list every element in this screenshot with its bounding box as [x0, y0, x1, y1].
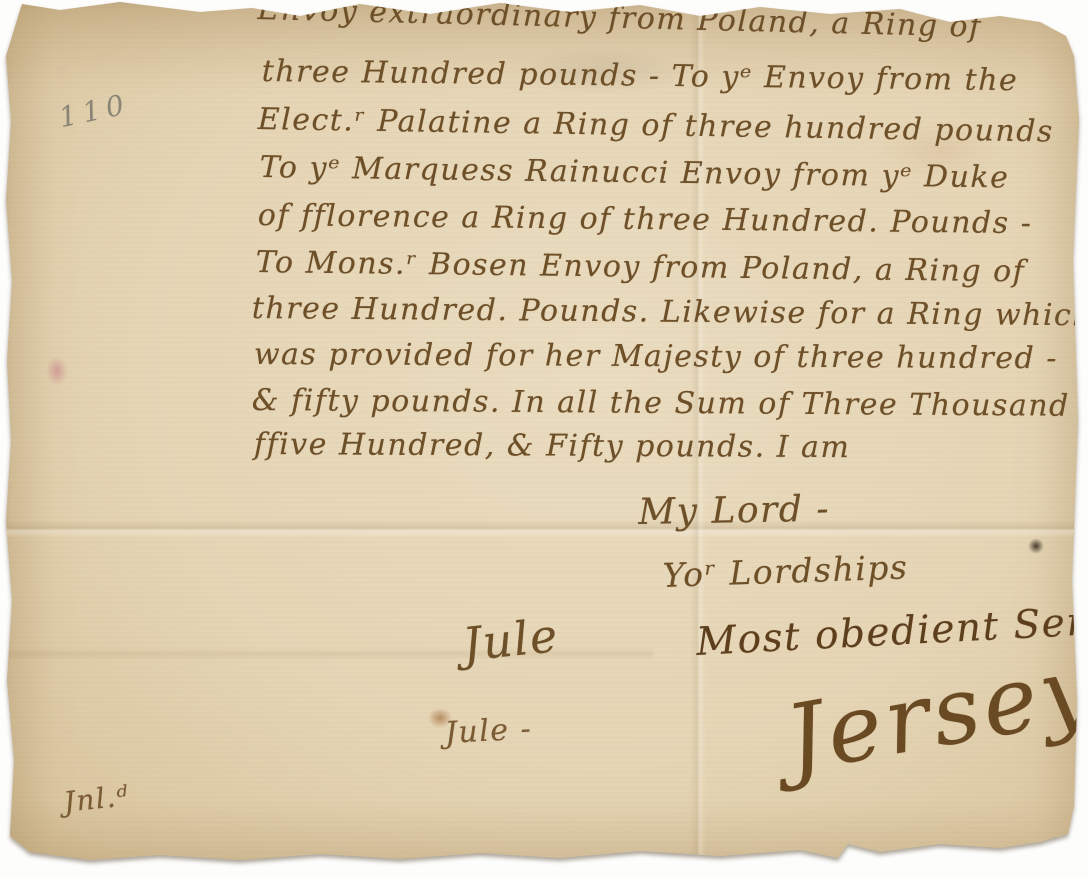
docket-mark-small: Jule -: [444, 711, 533, 751]
scan-canvas: 110 Envoy extraordinary from Poland, a R…: [0, 0, 1088, 878]
body-line: of fflorence a Ring of three Hundred. Po…: [258, 198, 1033, 241]
body-line: three Hundred pounds - To yᵉ Envoy from …: [262, 54, 1019, 98]
ink-blot: [1028, 538, 1044, 554]
body-line: To Mons.ʳ Bosen Envoy from Poland, a Rin…: [256, 245, 1026, 289]
body-line: three Hundred. Pounds. Likewise for a Ri…: [252, 291, 1088, 333]
body-line: ffive Hundred, & Fifty pounds. I am: [254, 427, 851, 465]
pink-stain: [46, 356, 68, 386]
docket-mark-bottom-left: Jnl.ᵈ: [62, 779, 131, 819]
closing-salutation: My Lord -: [638, 489, 830, 533]
docket-mark-large: Jule: [460, 608, 561, 672]
manuscript-page: 110 Envoy extraordinary from Poland, a R…: [0, 0, 1088, 878]
fold-crease-horizontal: [0, 520, 1088, 538]
body-line: was provided for her Majesty of three hu…: [254, 337, 1058, 376]
body-line: Envoy extraordinary from Poland, a Ring …: [257, 0, 982, 45]
closing-address: Yoʳ Lordships: [662, 547, 909, 595]
paper-shadow-wrap: 110 Envoy extraordinary from Poland, a R…: [0, 0, 1088, 878]
body-line: Elect.ʳ Palatine a Ring of three hundred…: [257, 102, 1054, 150]
body-line: To yᵉ Marquess Rainucci Envoy from yᵉ Du…: [260, 150, 1010, 195]
body-line: & fifty pounds. In all the Sum of Three …: [252, 383, 1070, 424]
pencil-folio-number: 110: [56, 87, 133, 134]
